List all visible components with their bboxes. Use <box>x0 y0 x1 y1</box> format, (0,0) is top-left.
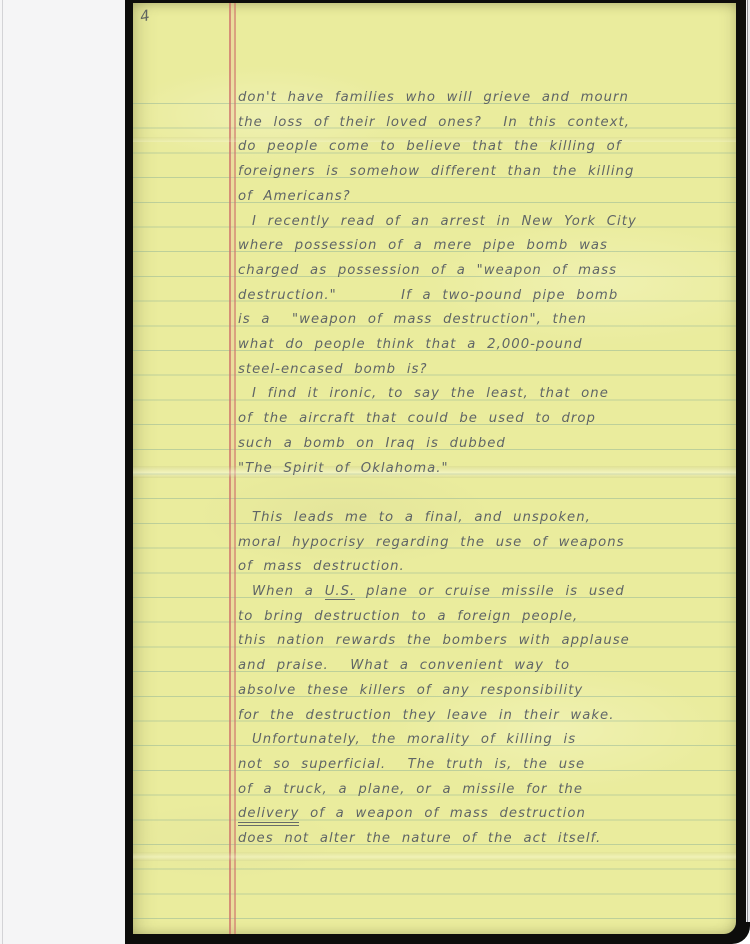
handwritten-line: I find it ironic, to say the least, that… <box>252 384 609 404</box>
handwriting-segment: destruction." If a two-pound pipe bomb <box>238 288 618 303</box>
handwriting-segment: of the aircraft that could be used to dr… <box>238 411 596 426</box>
handwriting-segment: for the destruction they leave in their … <box>238 708 614 723</box>
handwritten-line: This leads me to a final, and unspoken, <box>252 508 591 528</box>
handwritten-line: When a U.S. plane or cruise missile is u… <box>252 582 625 602</box>
handwriting-segment: such a bomb on Iraq is dubbed <box>238 436 506 451</box>
viewer-edge-line <box>2 0 3 944</box>
handwritten-line: charged as possession of a "weapon of ma… <box>238 261 617 281</box>
handwritten-line: not so superficial. The truth is, the us… <box>238 755 585 775</box>
handwritten-line: to bring destruction to a foreign people… <box>238 607 578 627</box>
handwritten-line: I recently read of an arrest in New York… <box>252 212 637 232</box>
handwritten-line: of the aircraft that could be used to dr… <box>238 409 596 429</box>
viewer-background <box>0 0 125 944</box>
handwriting-segment: do people come to believe that the killi… <box>238 139 621 154</box>
handwriting-segment: of Americans? <box>238 189 351 204</box>
handwritten-line: where possession of a mere pipe bomb was <box>238 236 608 256</box>
handwritten-line: of Americans? <box>238 187 351 207</box>
handwritten-line: steel-encased bomb is? <box>238 360 428 380</box>
text-layer: don't have families who will grieve and … <box>133 3 736 934</box>
scanned-document-view: 4 don't have families who will grieve an… <box>0 0 750 944</box>
handwritten-line: this nation rewards the bombers with app… <box>238 631 630 651</box>
handwriting-segment: Unfortunately, the morality of killing i… <box>252 732 576 747</box>
handwritten-line: delivery of a weapon of mass destruction <box>238 804 586 824</box>
handwriting-segment: I find it ironic, to say the least, that… <box>252 386 609 401</box>
handwritten-line: such a bomb on Iraq is dubbed <box>238 434 506 454</box>
handwritten-line: for the destruction they leave in their … <box>238 706 614 726</box>
handwriting-segment: plane or cruise missile is used <box>355 584 624 599</box>
handwritten-line: don't have families who will grieve and … <box>238 88 629 108</box>
scan-right-edge <box>746 0 750 922</box>
handwritten-line: "The Spirit of Oklahoma." <box>238 459 449 479</box>
handwritten-line: and praise. What a convenient way to <box>238 656 570 676</box>
handwriting-segment: of a truck, a plane, or a missile for th… <box>238 782 583 797</box>
handwriting-segment: where possession of a mere pipe bomb was <box>238 238 608 253</box>
handwritten-line: foreigners is somehow different than the… <box>238 162 634 182</box>
handwriting-segment: this nation rewards the bombers with app… <box>238 633 630 648</box>
handwriting-segment: absolve these killers of any responsibil… <box>238 683 583 698</box>
handwriting-segment: what do people think that a 2,000-pound <box>238 337 583 352</box>
handwriting-segment: to bring destruction to a foreign people… <box>238 609 578 624</box>
handwriting-segment: "The Spirit of Oklahoma." <box>238 461 449 476</box>
handwriting-segment: of a weapon of mass destruction <box>299 806 586 821</box>
handwritten-line: is a "weapon of mass destruction", then <box>238 310 587 330</box>
handwritten-line: of mass destruction. <box>238 557 405 577</box>
handwritten-line: destruction." If a two-pound pipe bomb <box>238 286 618 306</box>
handwritten-line: of a truck, a plane, or a missile for th… <box>238 780 583 800</box>
handwriting-segment: This leads me to a final, and unspoken, <box>252 510 591 525</box>
handwriting-segment: moral hypocrisy regarding the use of wea… <box>238 535 625 550</box>
handwritten-line: the loss of their loved ones? In this co… <box>238 113 630 133</box>
handwriting-segment: I recently read of an arrest in New York… <box>252 214 637 229</box>
handwriting-segment: the loss of their loved ones? In this co… <box>238 115 630 130</box>
handwriting-segment: does not alter the nature of the act its… <box>238 831 601 846</box>
handwriting-segment: is a "weapon of mass destruction", then <box>238 312 587 327</box>
handwriting-segment: charged as possession of a "weapon of ma… <box>238 263 617 278</box>
handwritten-line: Unfortunately, the morality of killing i… <box>252 730 576 750</box>
handwriting-segment: of mass destruction. <box>238 559 405 574</box>
scan-frame: 4 don't have families who will grieve an… <box>125 0 750 944</box>
handwritten-line: do people come to believe that the killi… <box>238 137 621 157</box>
handwriting-segment: steel-encased bomb is? <box>238 362 428 377</box>
underlined-word: delivery <box>238 806 299 826</box>
notepad-page: 4 don't have families who will grieve an… <box>133 3 736 934</box>
handwritten-line: absolve these killers of any responsibil… <box>238 681 583 701</box>
handwriting-segment: foreigners is somehow different than the… <box>238 164 634 179</box>
handwriting-segment: and praise. What a convenient way to <box>238 658 570 673</box>
handwritten-line: what do people think that a 2,000-pound <box>238 335 583 355</box>
handwritten-line: moral hypocrisy regarding the use of wea… <box>238 533 625 553</box>
handwriting-segment: When a <box>252 584 325 599</box>
handwriting-segment: don't have families who will grieve and … <box>238 90 629 105</box>
handwritten-line: does not alter the nature of the act its… <box>238 829 601 849</box>
underlined-word: U.S. <box>325 584 356 600</box>
handwriting-segment: not so superficial. The truth is, the us… <box>238 757 585 772</box>
